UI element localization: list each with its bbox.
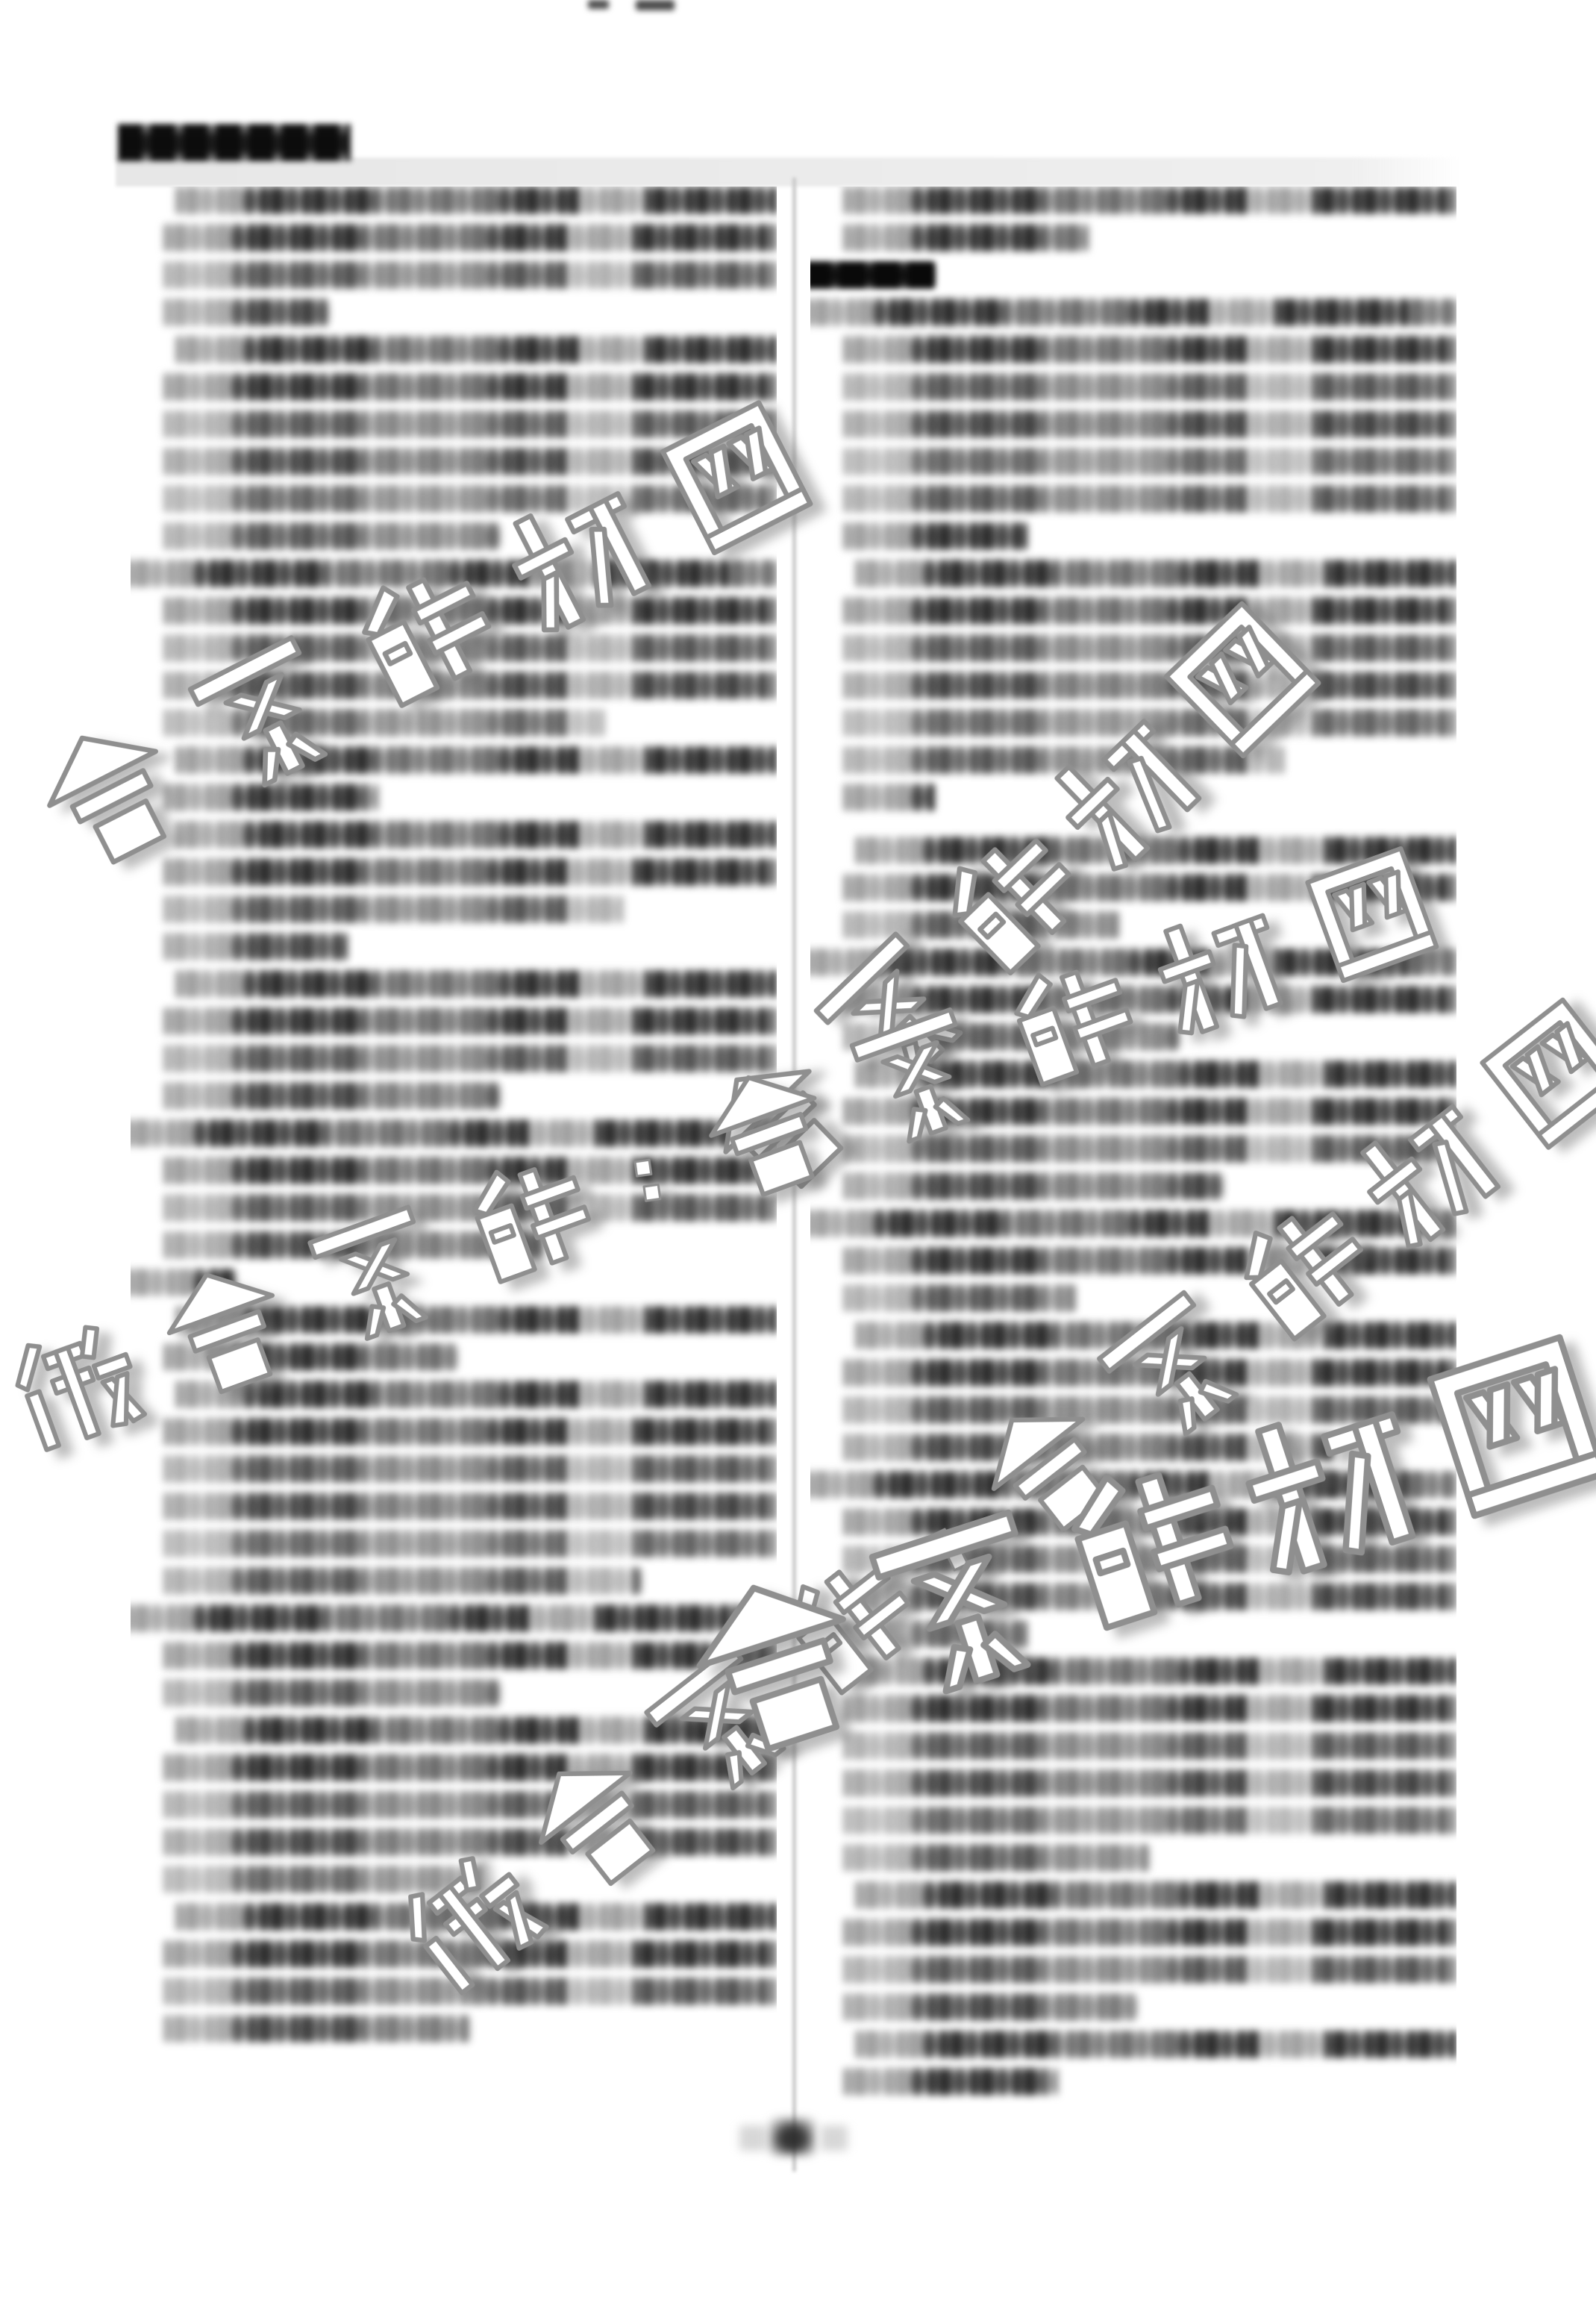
page-header-title-blurred	[118, 124, 351, 161]
text-line-blurred	[163, 1530, 777, 1557]
text-line-blurred	[163, 1455, 777, 1483]
text-line-blurred	[843, 597, 1456, 625]
text-line-blurred	[843, 1732, 1456, 1760]
text-line-blurred	[843, 1172, 1224, 1200]
scan-speck	[588, 0, 609, 9]
text-line-blurred	[843, 373, 1456, 401]
text-line-blurred	[843, 522, 1027, 550]
text-line-blurred	[163, 933, 348, 960]
heading-line-blurred	[810, 261, 936, 289]
paragraph-blurred	[131, 187, 777, 326]
text-line-blurred	[163, 1493, 777, 1520]
text-line-blurred	[843, 1993, 1138, 2021]
text-line-blurred	[163, 2015, 470, 2043]
text-line-blurred	[843, 2068, 1058, 2096]
footer-right-dash	[821, 2125, 848, 2151]
text-line-blurred	[163, 1418, 777, 1446]
text-line-blurred	[843, 1284, 1076, 1312]
text-line-blurred	[843, 1807, 1456, 1834]
paragraph-blurred	[131, 970, 777, 1110]
paragraph-blurred	[810, 299, 1456, 550]
text-line-blurred	[843, 634, 1456, 662]
text-line-blurred	[810, 299, 1456, 326]
paragraph-blurred	[810, 1881, 1456, 2021]
text-line-blurred	[175, 970, 777, 998]
text-line-blurred	[843, 485, 1456, 513]
text-line-blurred	[843, 410, 1456, 438]
paragraph-blurred	[131, 821, 777, 960]
footer-left-dash	[739, 2125, 766, 2151]
paragraph-blurred	[131, 1381, 777, 1595]
text-line-blurred	[163, 261, 777, 289]
text-line-blurred	[163, 1007, 777, 1035]
text-line-blurred	[843, 1844, 1150, 1872]
text-line-blurred	[163, 858, 777, 886]
header-underline-band	[116, 157, 1461, 187]
text-line-blurred	[163, 1679, 501, 1707]
text-line-blurred	[855, 560, 1456, 587]
text-line-blurred	[163, 1567, 642, 1595]
text-line-blurred	[843, 1956, 1456, 1984]
text-line-blurred	[855, 1881, 1456, 1909]
text-line-blurred	[855, 2031, 1456, 2058]
text-line-blurred	[163, 1082, 501, 1110]
paragraph-blurred	[810, 261, 1456, 289]
text-line-blurred	[843, 1769, 1456, 1797]
text-line-blurred	[163, 299, 329, 326]
text-line-blurred	[163, 1045, 777, 1072]
text-line-blurred	[175, 336, 777, 363]
text-line-blurred	[843, 336, 1456, 363]
watermark-glyph	[595, 1105, 702, 1251]
text-line-blurred	[843, 224, 1089, 251]
text-line-blurred	[163, 373, 777, 401]
text-line-blurred	[163, 224, 777, 251]
text-line-blurred	[175, 821, 777, 849]
paragraph-blurred	[810, 187, 1456, 251]
text-line-blurred	[843, 187, 1456, 214]
text-line-blurred	[843, 448, 1456, 475]
text-line-blurred	[163, 896, 624, 923]
text-line-blurred	[843, 1919, 1456, 1946]
text-line-blurred	[843, 784, 935, 811]
scanned-page	[0, 0, 1596, 2297]
scan-speck	[636, 0, 675, 10]
paragraph-blurred	[810, 2031, 1456, 2096]
text-line-blurred	[175, 187, 777, 214]
footer-page-number-blurred	[769, 2118, 816, 2155]
